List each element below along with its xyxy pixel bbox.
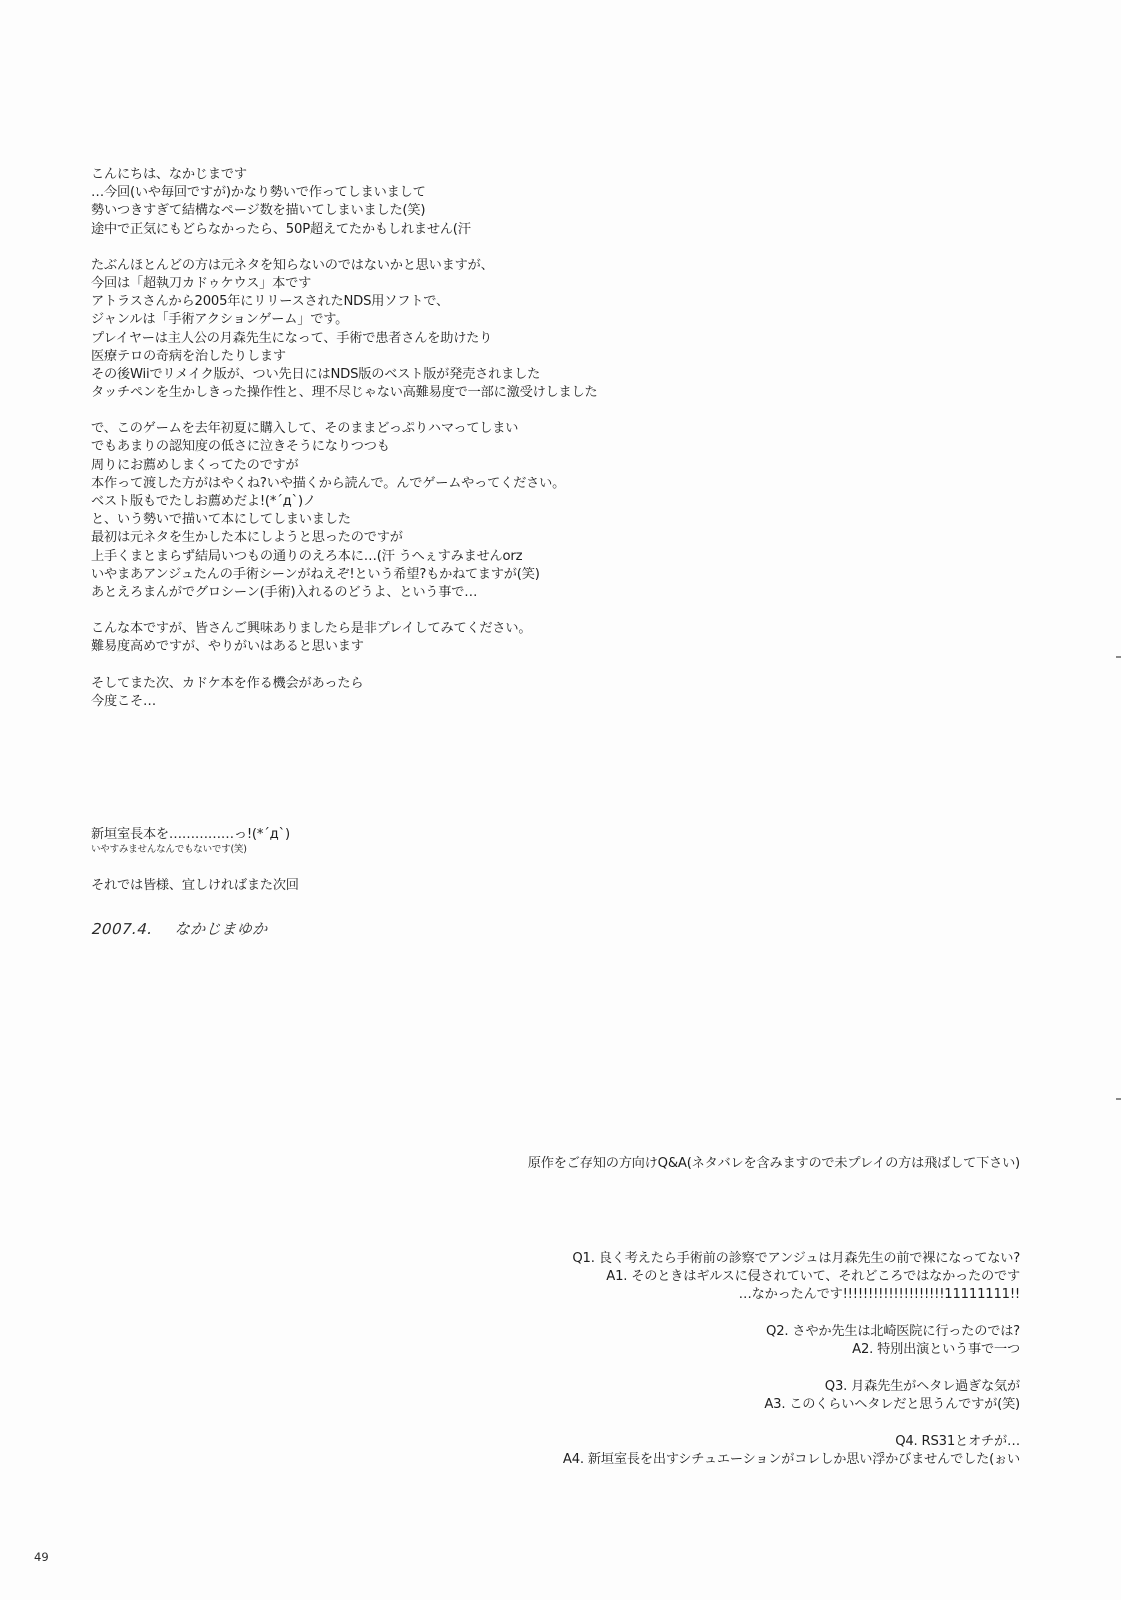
text-line: でもあまりの認知度の低さに泣きそうになりつつも: [91, 438, 711, 456]
text-line: 周りにお薦めしまくってたのですが: [91, 457, 711, 475]
text-line: 勢いつきすぎて結構なページ数を描いてしまいました(笑): [91, 202, 711, 220]
text-line: …今回(いや毎回ですが)かなり勢いで作ってしまいまして: [91, 184, 711, 202]
closing-remark: 新垣室長本を……………っ!(*´д`) いやすみませんなんでもないです(笑): [91, 826, 290, 856]
question-1: Q1. 良く考えたら手術前の診察でアンジュは月森先生の前で裸になってない?: [460, 1250, 1020, 1268]
text-line: プレイヤーは主人公の月森先生になって、手術で患者さんを助けたり: [91, 330, 711, 348]
trim-mark: [1116, 656, 1121, 658]
trim-mark: [1116, 1098, 1121, 1100]
text-line: こんにちは、なかじまです: [91, 166, 711, 184]
text-line: こんな本ですが、皆さんご興味ありましたら是非プレイしてみてください。: [91, 620, 711, 638]
text-line: たぶんほとんどの方は元ネタを知らないのではないかと思いますが、: [91, 257, 711, 275]
signature-date: 2007.4.: [91, 920, 153, 938]
text-line: で、このゲームを去年初夏に購入して、そのままどっぷりハマってしまい: [91, 420, 711, 438]
paragraph-recommendation: こんな本ですが、皆さんご興味ありましたら是非プレイしてみてください。 難易度高め…: [91, 620, 711, 656]
text-line: ベスト版もでたしお薦めだよ!(*´д`)ノ: [91, 493, 711, 511]
text-line: その後Wiiでリメイク版が、つい先日にはNDS版のベスト版が発売されました: [91, 366, 711, 384]
text-line: いやまあアンジュたんの手術シーンがねえぞ!という希望?もかねてますが(笑): [91, 566, 711, 584]
text-line: と、いう勢いで描いて本にしてしまいました: [91, 511, 711, 529]
document-page: こんにちは、なかじまです …今回(いや毎回ですが)かなり勢いで作ってしまいまして…: [0, 0, 1121, 1600]
answer-1: A1. そのときはギルスに侵されていて、それどころではなかったのです: [460, 1268, 1020, 1286]
page-number: 49: [34, 1550, 49, 1564]
signature-author: なかじまゆか: [174, 920, 268, 938]
text-line: 最初は元ネタを生かした本にしようと思ったのですが: [91, 529, 711, 547]
text-line: 今度こそ…: [91, 693, 711, 711]
text-line: 上手くまとまらず結局いつもの通りのえろ本に…(汗 うへぇすみませんorz: [91, 548, 711, 566]
paragraph-motivation: で、このゲームを去年初夏に購入して、そのままどっぷりハマってしまい でもあまりの…: [91, 420, 711, 602]
closing-main-line: 新垣室長本を……………っ!(*´д`): [91, 826, 290, 844]
question-4: Q4. RS31とオチが…: [460, 1433, 1020, 1451]
text-line: そしてまた次、カドケ本を作る機会があったら: [91, 675, 711, 693]
text-line: あとえろまんがでグロシーン(手術)入れるのどうよ、という事で…: [91, 584, 711, 602]
text-line: ジャンルは「手術アクションゲーム」です。: [91, 311, 711, 329]
closing-aside-line: いやすみませんなんでもないです(笑): [91, 844, 290, 856]
text-line: タッチペンを生かしきった操作性と、理不尽じゃない高難易度で一部に激受けしました: [91, 384, 711, 402]
answer-3: A3. このくらいヘタレだと思うんですが(笑): [460, 1396, 1020, 1414]
text-line: アトラスさんから2005年にリリースされたNDS用ソフトで、: [91, 293, 711, 311]
farewell: それでは皆様、宜しければまた次回: [91, 877, 299, 895]
qa-item-2: Q2. さやか先生は北崎医院に行ったのでは? A2. 特別出演という事で一つ: [460, 1323, 1020, 1359]
qa-item-3: Q3. 月森先生がヘタレ過ぎな気が A3. このくらいヘタレだと思うんですが(笑…: [460, 1378, 1020, 1414]
question-3: Q3. 月森先生がヘタレ過ぎな気が: [460, 1378, 1020, 1396]
text-line: 難易度高めですが、やりがいはあると思います: [91, 638, 711, 656]
text-line: 途中で正気にもどらなかったら、50P超えてたかもしれません(汗: [91, 221, 711, 239]
paragraph-next-time: そしてまた次、カドケ本を作る機会があったら 今度こそ…: [91, 675, 711, 711]
paragraph-greeting: こんにちは、なかじまです …今回(いや毎回ですが)かなり勢いで作ってしまいまして…: [91, 166, 711, 239]
answer-4: A4. 新垣室長を出すシチュエーションがコレしか思い浮かびませんでした(ぉい: [460, 1451, 1020, 1469]
afterword-body: こんにちは、なかじまです …今回(いや毎回ですが)かなり勢いで作ってしまいまして…: [91, 166, 711, 729]
paragraph-game-intro: たぶんほとんどの方は元ネタを知らないのではないかと思いますが、 今回は「超執刀カ…: [91, 257, 711, 403]
qa-item-4: Q4. RS31とオチが… A4. 新垣室長を出すシチュエーションがコレしか思い…: [460, 1433, 1020, 1469]
question-2: Q2. さやか先生は北崎医院に行ったのでは?: [460, 1323, 1020, 1341]
farewell-line: それでは皆様、宜しければまた次回: [91, 877, 299, 895]
answer-1-continued: …なかったんです!!!!!!!!!!!!!!!!!!!!11111111!!: [460, 1286, 1020, 1304]
qa-item-1: Q1. 良く考えたら手術前の診察でアンジュは月森先生の前で裸になってない? A1…: [460, 1250, 1020, 1305]
answer-2: A2. 特別出演という事で一つ: [460, 1341, 1020, 1359]
qa-heading: 原作をご存知の方向けQ&A(ネタバレを含みますので未プレイの方は飛ばして下さい): [528, 1155, 1020, 1173]
text-line: 今回は「超執刀カドゥケウス」本です: [91, 275, 711, 293]
text-line: 本作って渡した方がはやくね?いや描くから読んで。んでゲームやってください。: [91, 475, 711, 493]
text-line: 医療テロの奇病を治したりします: [91, 348, 711, 366]
signature: 2007.4.なかじまゆか: [91, 918, 268, 939]
